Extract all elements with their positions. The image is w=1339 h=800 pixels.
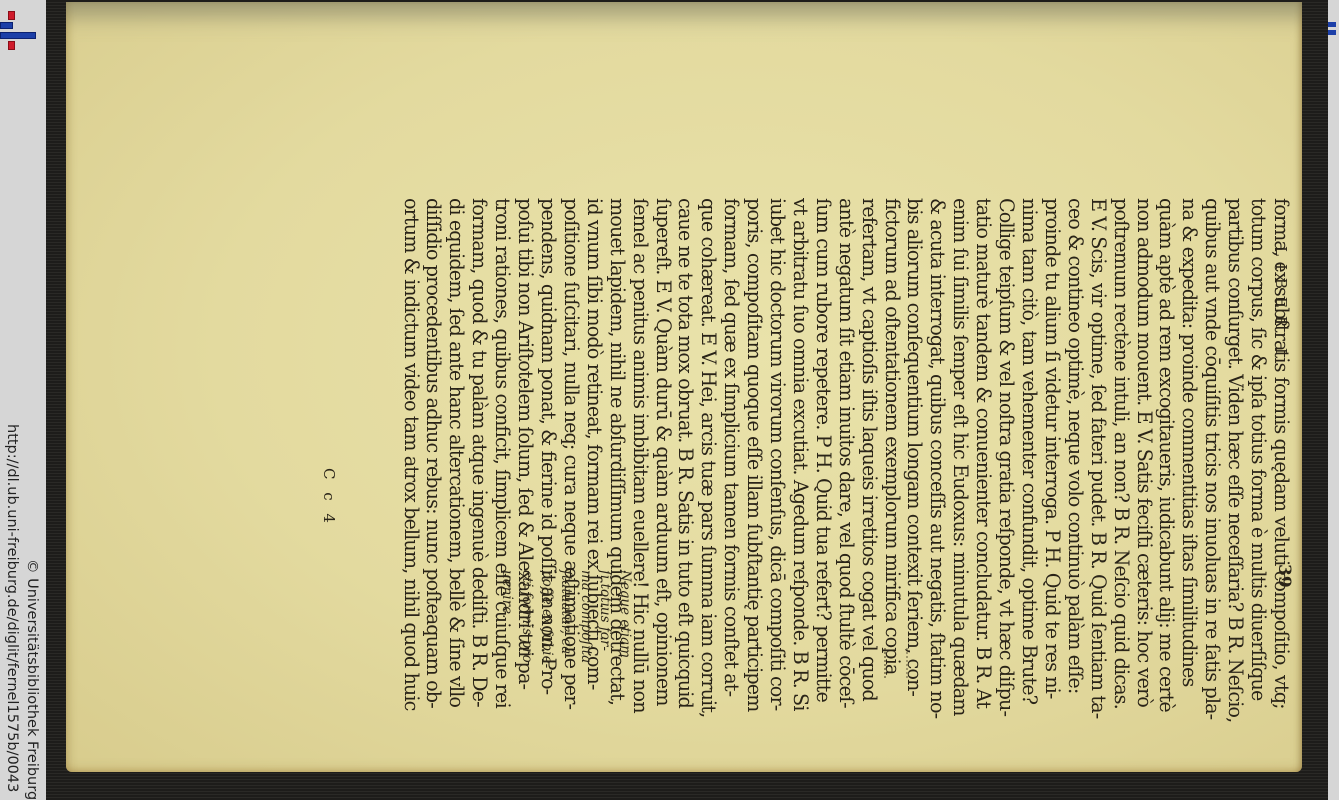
viewer-right-panel: [1328, 0, 1339, 800]
text-line: bis aliorum conſequentium longam contexi…: [903, 198, 926, 598]
margin-line: Neque etiam: [614, 570, 634, 668]
text-line: poſui tibi non Ariſtotelem ſolum, ſed & …: [513, 198, 536, 598]
margin-line: ſi totius for-: [595, 570, 615, 668]
book-page-scan[interactable]: LIBER I. 39 forma, ex subſtratis formis …: [66, 2, 1302, 772]
marginal-note: Neque etiam ſi totius for- ma compoſita …: [497, 570, 634, 668]
margin-line: uenire.: [497, 570, 517, 668]
text-line: fictorum ad oſtentationem exemplorum mir…: [880, 198, 903, 598]
watermark-url: http://dl.ub.uni-freiburg.de/diglit/fern…: [4, 424, 20, 792]
text-line: pendens, quidnam ponat, & fierine id poſ…: [536, 198, 559, 598]
signature-mark: C c 4: [320, 468, 338, 527]
text-line: partibus conſurget. Viden hæc eſſe neceſ…: [1223, 198, 1246, 598]
text-line: proinde tu alium ſi videtur interroga. P…: [1040, 198, 1063, 598]
text-line: mouet lapidem, nihil ne abſurdiſſimum qu…: [605, 198, 628, 598]
text-line: poſtremum rectène intuli, an non? B R. N…: [1109, 198, 1132, 598]
text-line: iubet hic doctorum virorum conſenſus, di…: [765, 198, 788, 598]
text-line: nima tam citò, tam vehementer confundit,…: [1017, 198, 1040, 598]
text-line: formam, ſed quæ ex ſimplicium tamen form…: [719, 198, 742, 598]
margin-line: cti formis pro: [516, 570, 536, 668]
text-line: di equidem, ſed ante hanc altercationem,…: [444, 198, 467, 598]
text-line: caue ne te tota mox obruat. B R. Satis i…: [674, 198, 697, 598]
text-line: E V. Scis, vir optime, ſed fateri pudet.…: [1086, 198, 1109, 598]
text-line: poſitione ſuſcitari, nulla neq; cura neq…: [559, 198, 582, 598]
margin-line: ſtatuatur, ea: [556, 570, 576, 668]
text-line: refertam, vt captioſis iſtis laqueis irr…: [857, 198, 880, 598]
ink-specks-decoration: [884, 648, 908, 678]
text-line: quàm aptè ad rem excogitaueris, iudicabu…: [1155, 198, 1178, 598]
text-line: & acuta interrogat, quibus conceſſis aut…: [926, 198, 949, 598]
margin-line: ma compoſita: [575, 570, 595, 668]
text-line: troni rationes, quibus conficit, ſimplic…: [490, 198, 513, 598]
text-line: Collige teipſum & vel noſtra gratia reſp…: [994, 198, 1017, 598]
text-line: ſupereſt. E V. Quàm durū & quàm arduum e…: [651, 198, 674, 598]
text-line: non admodum mouent. E V. Satis feciſti c…: [1132, 198, 1155, 598]
ub-freiburg-logo-icon-right[interactable]: [1328, 20, 1339, 40]
margin-line: poſſe ex ſubie-: [536, 570, 556, 668]
text-line: ſum cum rubore repetere. P H. Quid tua r…: [811, 198, 834, 598]
viewer-left-panel: http://dl.ub.uni-freiburg.de/diglit/fern…: [0, 0, 46, 800]
watermark-copyright: © Universitätsbibliothek Freiburg: [22, 559, 42, 800]
ub-freiburg-logo-icon[interactable]: [0, 0, 46, 60]
text-line: que cohæreat. E V. Hei, arcis tuæ pars ſ…: [696, 198, 719, 598]
text-line: quibus aut vnde cōquiſitis tricis nos in…: [1200, 198, 1223, 598]
text-line: id vnum ſibi modò retineat, formam rei e…: [582, 198, 605, 598]
text-line: vt arbitratu ſuo omnia excutiat. Agedum …: [788, 198, 811, 598]
text-line: totum corpus, ſic & ipſa totius forma è …: [1246, 198, 1269, 598]
text-line: formam, quod & tu palàm atque ingenuè de…: [467, 198, 490, 598]
watermark-text: http://dl.ub.uni-freiburg.de/diglit/fern…: [2, 424, 22, 792]
text-line: ſemel ac penitus animis imbibitam euelle…: [628, 198, 651, 598]
page-body-text: forma, ex subſtratis formis quędam velut…: [399, 198, 1292, 598]
text-line: enim ſui ſimilis ſemper eſt hic Eudoxus:…: [948, 198, 971, 598]
text-line: tatio maturè tandem & conuenienter concl…: [971, 198, 994, 598]
text-line: ceo & contineo optimè, neque volo contin…: [1063, 198, 1086, 598]
text-line: na & expedita: proinde commentitias iſta…: [1177, 198, 1200, 598]
text-line: ortum & indictum video tam atrox bellum,…: [399, 198, 422, 598]
text-line: forma, ex subſtratis formis quędam velut…: [1269, 198, 1292, 598]
text-line: antè negatum ſit etiam inuitos dare, vel…: [834, 198, 857, 598]
text-line: poris, compoſitam quoque eſſe illam ſubſ…: [742, 198, 765, 598]
text-line: diſſidio procedentibus adhuc rebus: nunc…: [422, 198, 445, 598]
